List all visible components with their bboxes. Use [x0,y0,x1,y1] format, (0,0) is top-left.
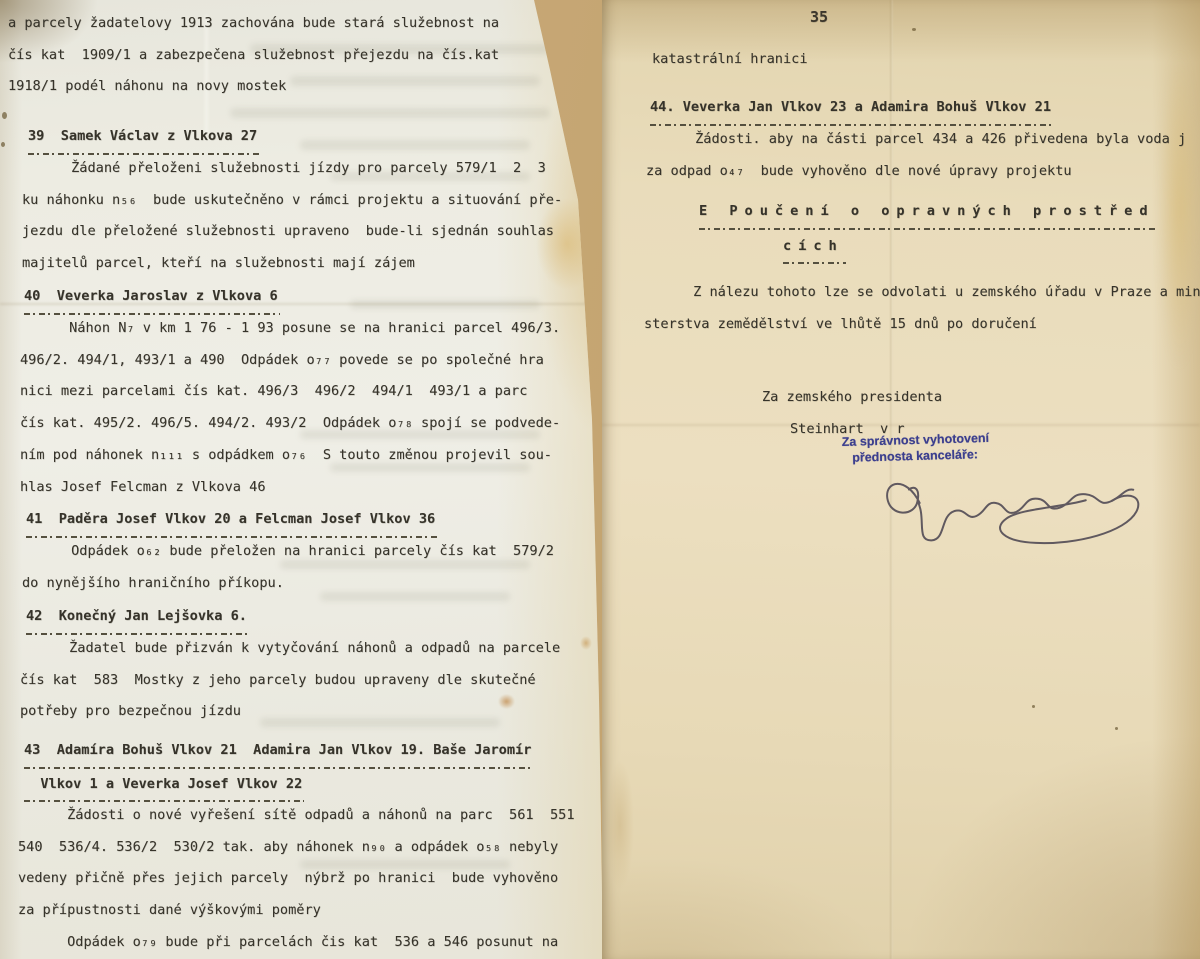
paper-stain [580,636,592,650]
intro-paragraph: a parcely žadatelovy 1913 zachována bude… [8,8,499,103]
closing-for-president: Za zemského presidenta [762,382,942,414]
text-line: čís kat 583 Mostky z jeho parcely budou … [20,665,560,697]
section-43-heading: 43 Adamíra Bohuš Vlkov 21 Adamira Jan Vl… [24,735,533,802]
scanned-document: { "page_number": "35", "left_page": { "i… [0,0,1200,959]
text-line: vedeny přičně přes jejich parcely nýbrž … [18,863,575,895]
ink-speck [1032,705,1035,708]
text-line: E Poučení o opravných prostřed [699,196,1157,230]
text-line: za přípustnosti dané výškovými poměry [18,895,575,927]
section-39-body: Žádané přeloženi služebnosti jízdy pro p… [22,153,562,280]
section-44-heading: 44. Veverka Jan Vlkov 23 a Adamira Bohuš… [650,92,1053,126]
text-line: ním pod náhonek n₁₁₁ s odpádkem o₇₆ S to… [20,440,560,472]
ink-speck [912,28,916,31]
bleedthrough-smudge [300,140,530,150]
ink-speck [1115,727,1118,730]
section-41-body: Odpádek o₆₂ bude přeložen na hranici par… [22,536,554,599]
text-line: 39 Samek Václav z Vlkova 27 [28,121,259,155]
section-e-body: Z nálezu tohoto lze se odvolati u zemské… [644,277,1200,340]
text-line: 44. Veverka Jan Vlkov 23 a Adamira Bohuš… [650,92,1053,126]
text-line: jezdu dle přeložené služebnosti upraveno… [22,216,562,248]
text-line: 41 Paděra Josef Vlkov 20 a Felcman Josef… [26,504,437,538]
page-number: 35 [810,2,828,34]
text-line: čís kat 1909/1 a zabezpečena služebnost … [8,40,499,72]
right-page: 35 katastrální hranici 44. Veverka Jan V… [602,0,1200,959]
ink-speck [1,142,5,147]
section-44-body: Žádosti. aby na části parcel 434 a 426 p… [646,124,1186,187]
text-line: 496/2. 494/1, 493/1 a 490 Odpádek o₇₇ po… [20,345,560,377]
text-line: Žadatel bude přizván k vytyčování náhonů… [20,633,560,665]
continuation-line: katastrální hranici [652,44,808,76]
section-39-heading: 39 Samek Václav z Vlkova 27 [28,121,259,155]
section-42-heading: 42 Konečný Jan Lejšovka 6. [26,601,249,635]
text-line: Odpádek o₆₂ bude přeložen na hranici par… [22,536,554,568]
text-line: 42 Konečný Jan Lejšovka 6. [26,601,249,635]
text-line: majitelů parcel, kteří na služebnosti ma… [22,248,562,280]
section-41-heading: 41 Paděra Josef Vlkov 20 a Felcman Josef… [26,504,437,538]
text-line: Žádané přeloženi služebnosti jízdy pro p… [22,153,562,185]
text-line: cích [783,231,846,265]
text-line: 40 Veverka Jaroslav z Vlkova 6 [24,281,280,315]
handwritten-signature [871,445,1156,570]
text-line: 540 536/4. 536/2 530/2 tak. aby náhonek … [18,832,575,864]
text-line: čís kat. 495/2. 496/5. 494/2. 493/2 Odpá… [20,408,560,440]
text-line: Žádosti o nové vyřešení sítě odpadů a ná… [18,800,575,832]
text-line: Z nálezu tohoto lze se odvolati u zemské… [644,277,1200,309]
text-line: Vlkov 1 a Veverka Josef Vlkov 22 [24,769,304,803]
text-line: hlas Josef Felcman z Vlkova 46 [20,472,560,504]
text-line: ku náhonku n₅₆ bude uskutečněno v rámci … [22,185,562,217]
text-line: a parcely žadatelovy 1913 zachována bude… [8,8,499,40]
section-e-heading: E Poučení o opravných prostředcích [699,196,1157,264]
bleedthrough-smudge [230,108,550,118]
text-line: za odpad o₄₇ bude vyhověno dle nové úpra… [646,156,1186,188]
text-line: do nynějšího hraničního příkopu. [22,568,554,600]
text-line: sterstva zemědělství ve lhůtě 15 dnů po … [644,309,1200,341]
section-40-body: Náhon N₇ v km 1 76 - 1 93 posune se na h… [20,313,560,503]
paper-stain [606,760,634,890]
text-line: Odpádek o₇₉ bude při parcelách čis kat 5… [18,927,575,959]
left-page: a parcely žadatelovy 1913 zachována bude… [0,0,606,959]
text-line: 1918/1 podél náhonu na novy mostek [8,71,499,103]
text-line: Žádosti. aby na části parcel 434 a 426 p… [646,124,1186,156]
text-line: Náhon N₇ v km 1 76 - 1 93 posune se na h… [20,313,560,345]
section-40-heading: 40 Veverka Jaroslav z Vlkova 6 [24,281,280,315]
text-line: potřeby pro bezpečnou jízdu [20,696,560,728]
section-42-body: Žadatel bude přizván k vytyčování náhonů… [20,633,560,728]
text-line: nici mezi parcelami čís kat. 496/3 496/2… [20,376,560,408]
text-line: 43 Adamíra Bohuš Vlkov 21 Adamira Jan Vl… [24,735,533,769]
ink-speck [2,112,7,119]
section-43-body: Žádosti o nové vyřešení sítě odpadů a ná… [18,800,575,959]
